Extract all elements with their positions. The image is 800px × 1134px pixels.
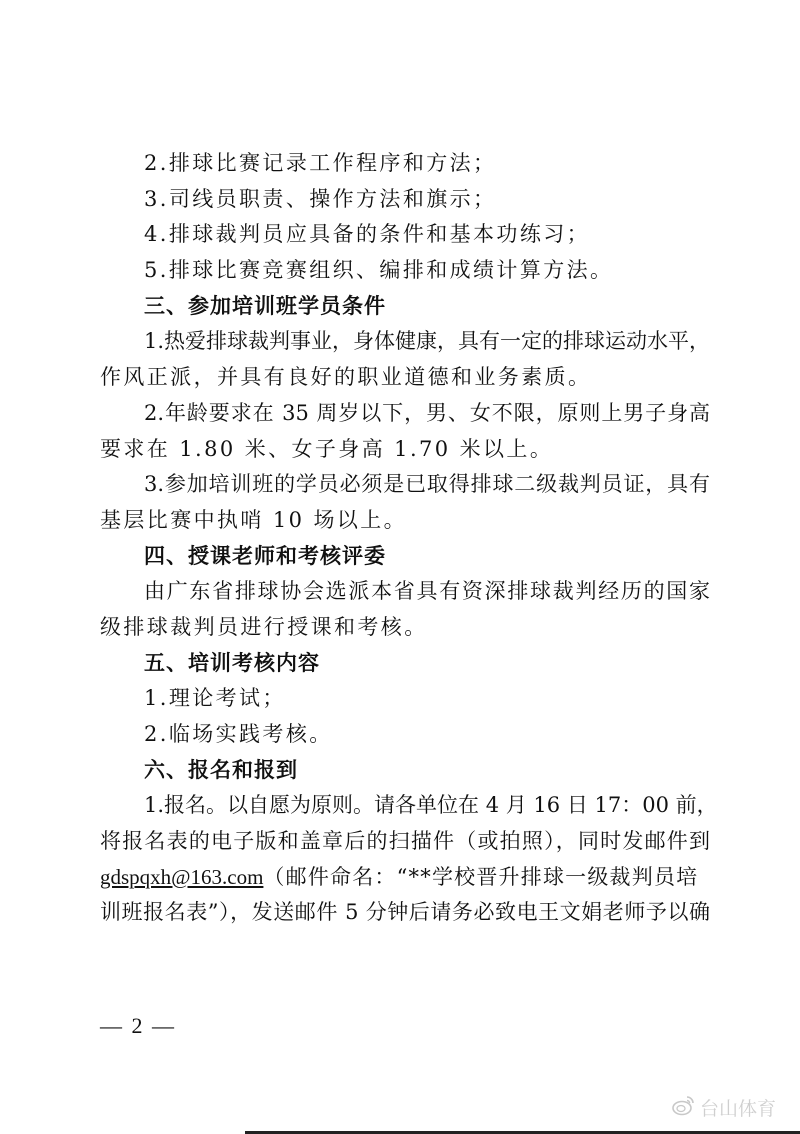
list-item: 3.司线员职责、操作方法和旗示； (100, 182, 710, 218)
paragraph-line: 训班报名表”），发送邮件 5 分钟后请务必致电王文娟老师予以确 (100, 895, 710, 931)
list-item: 2.排球比赛记录工作程序和方法； (100, 146, 710, 182)
paragraph-line: 3.参加培训班的学员必须是已取得排球二级裁判员证，具有 (100, 467, 710, 503)
document-body: 2.排球比赛记录工作程序和方法； 3.司线员职责、操作方法和旗示； 4.排球裁判… (100, 146, 710, 931)
email-naming-text: （邮件命名：“**学校晋升排球一级裁判员培 (263, 865, 698, 889)
paragraph-line: 1.报名。以自愿为原则。请各单位在 4 月 16 日 17：00 前， (100, 788, 710, 824)
watermark-text: 台山体育 (700, 1094, 776, 1121)
watermark: 台山体育 (672, 1094, 776, 1121)
section-heading: 三、参加培训班学员条件 (100, 289, 710, 325)
list-item: 5.排球比赛竞赛组织、编排和成绩计算方法。 (100, 253, 710, 289)
paragraph-line: 级排球裁判员进行授课和考核。 (100, 610, 710, 646)
section-heading: 五、培训考核内容 (100, 646, 710, 682)
paragraph-line: 要求在 1.80 米、女子身高 1.70 米以上。 (100, 432, 710, 468)
paragraph-line: 由广东省排球协会选派本省具有资深排球裁判经历的国家 (100, 574, 710, 610)
list-item: 2.临场实践考核。 (100, 717, 710, 753)
list-item: 1.理论考试； (100, 681, 710, 717)
list-item: 4.排球裁判员应具备的条件和基本功练习； (100, 217, 710, 253)
page-number: — 2 — (100, 1013, 176, 1039)
paragraph-line: 1.热爱排球裁判事业，身体健康，具有一定的排球运动水平， (100, 324, 710, 360)
weibo-icon (672, 1094, 696, 1121)
paragraph-line: 作风正派，并具有良好的职业道德和业务素质。 (100, 360, 710, 396)
paragraph-line: 将报名表的电子版和盖章后的扫描件（或拍照），同时发邮件到 (100, 824, 710, 860)
paragraph-line: 2.年龄要求在 35 周岁以下，男、女不限，原则上男子身高 (100, 396, 710, 432)
email-link[interactable]: gdspqxh@163.com (100, 865, 263, 889)
paragraph-line: gdspqxh@163.com（邮件命名：“**学校晋升排球一级裁判员培 (100, 860, 710, 896)
paragraph-line: 基层比赛中执哨 10 场以上。 (100, 503, 710, 539)
section-heading: 四、授课老师和考核评委 (100, 539, 710, 575)
section-heading: 六、报名和报到 (100, 753, 710, 789)
